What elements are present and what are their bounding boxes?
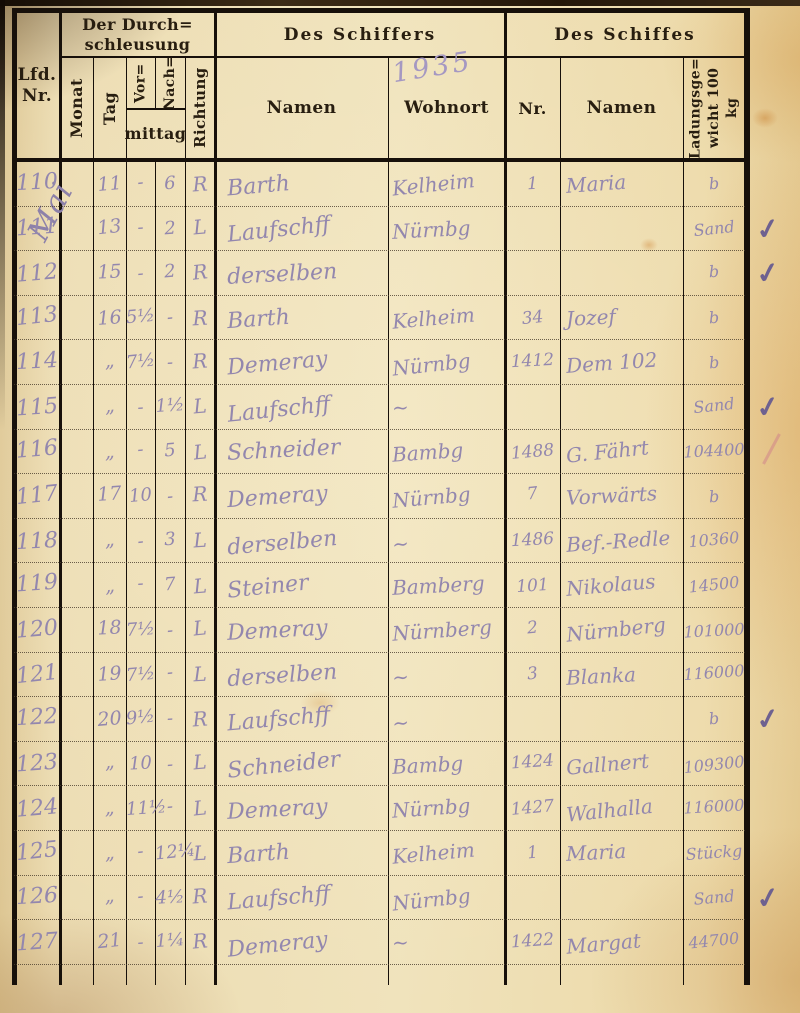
cell-monat xyxy=(60,538,93,540)
cell-richtung: R xyxy=(184,348,216,374)
cell-ladung: b xyxy=(682,260,745,282)
cell-nr: 125 xyxy=(13,836,61,866)
ladung-line1: Ladungsge= xyxy=(687,57,705,158)
header-lfd-nr: Lfd. Nr. xyxy=(14,14,60,158)
cell-nr: 118 xyxy=(13,527,60,554)
cell-schiff_nr: 7 xyxy=(504,482,561,508)
cell-schiffer: Barth xyxy=(214,833,388,870)
cell-vor: - xyxy=(125,170,156,194)
cell-ladung: 44700 xyxy=(682,928,746,953)
cell-schiff_name: Bef.-Redle xyxy=(559,525,683,558)
table-row: 125„-12¼LBarthKelheim1MariaStückg xyxy=(14,830,745,876)
cell-nach: - xyxy=(154,484,186,508)
cell-nr: 122 xyxy=(13,704,60,731)
cell-monat xyxy=(60,449,93,452)
cell-nr: 116 xyxy=(13,435,61,464)
cell-monat xyxy=(60,496,93,498)
header-nachmittag: Nach= xyxy=(155,58,185,108)
cell-schiff_nr: 1424 xyxy=(504,750,560,774)
cell-nr: 127 xyxy=(13,928,61,956)
cell-schiff_nr: 3 xyxy=(504,661,561,687)
table-row: 11011-6RBarthKelheim1Mariab xyxy=(14,161,745,207)
table-row: 11113-2LLaufschffNürnbgSand xyxy=(14,206,745,252)
cell-tag: 16 xyxy=(92,306,126,330)
table-row: 126„-4½RLaufschffNürnbgSand xyxy=(14,875,745,921)
cell-monat xyxy=(60,763,93,766)
cell-wohnort: Nürnberg xyxy=(387,614,505,646)
table-row: 113165½-RBarthKelheim34Jozefb xyxy=(14,295,745,341)
table-row: 116„-5LSchneiderBambg1488G. Fährt104400 xyxy=(14,429,745,475)
cell-tag: „ xyxy=(92,841,126,865)
cell-vor: 7½ xyxy=(125,663,156,686)
header-lfd-line2: Nr. xyxy=(18,86,57,107)
cell-nach: 5 xyxy=(154,439,186,463)
cell-tag: „ xyxy=(92,394,127,419)
cell-schiff_name: Gallnert xyxy=(559,746,684,781)
table-row: 11215-2Rderselbenb xyxy=(14,250,745,296)
cell-schiffer: Barth xyxy=(214,162,389,202)
cell-schiff_name: Maria xyxy=(559,166,683,199)
cell-monat xyxy=(60,316,93,318)
cell-richtung: L xyxy=(184,661,215,687)
cell-richtung: L xyxy=(184,794,216,821)
cell-tag: „ xyxy=(92,796,126,820)
table-border-top xyxy=(12,8,750,13)
cell-schiff_nr: 1422 xyxy=(504,930,560,954)
cell-monat xyxy=(60,362,93,364)
cell-tag: „ xyxy=(92,528,127,553)
cell-schiff_name xyxy=(560,402,683,413)
cell-vor: 7½ xyxy=(125,618,155,641)
cell-schiff_name: Margat xyxy=(559,925,684,960)
header-ladungsgewicht: Ladungsge= wicht 100 kg xyxy=(683,58,745,158)
cell-nach: - xyxy=(154,305,186,329)
cell-vor: - xyxy=(125,572,155,594)
cell-wohnort: Nürnbg xyxy=(387,791,505,823)
cell-nr: 112 xyxy=(13,259,61,288)
cell-ladung: b xyxy=(682,485,745,508)
cell-vor: - xyxy=(125,529,156,553)
cell-tag: 13 xyxy=(92,214,127,239)
cell-monat xyxy=(60,717,93,719)
cell-schiff_nr: 2 xyxy=(504,616,561,641)
cell-schiffer: Demeray xyxy=(215,792,389,826)
cell-schiff_nr xyxy=(505,270,560,275)
scan-edge-left xyxy=(0,0,5,430)
cell-wohnort: ~ xyxy=(387,390,505,420)
cell-schiffer: Schneider xyxy=(214,433,388,467)
cell-wohnort: ~ xyxy=(387,925,505,955)
cell-vor: - xyxy=(125,438,155,461)
cell-schiff_nr: 1 xyxy=(505,173,561,196)
header-group-schiffes: Des Schiffes xyxy=(505,14,745,56)
cell-nr: 121 xyxy=(13,660,61,690)
cell-vor: 5½ xyxy=(125,304,156,327)
cell-ladung: 10360 xyxy=(682,527,745,551)
cell-nach: 3 xyxy=(154,528,185,551)
cell-ladung: Sand xyxy=(682,886,745,910)
cell-richtung: L xyxy=(184,527,216,553)
cell-richtung: L xyxy=(184,393,216,420)
cell-schiff_name xyxy=(560,893,683,902)
cell-wohnort: Nürnbg xyxy=(388,214,506,244)
cell-tag: „ xyxy=(92,883,127,908)
cell-monat xyxy=(60,939,93,942)
cell-nach: - xyxy=(154,619,186,643)
cell-schiff_nr xyxy=(505,894,560,897)
cell-schiffer: Demeray xyxy=(214,921,389,964)
cell-nach: 7 xyxy=(154,573,185,596)
cell-ladung: 109300 xyxy=(682,751,746,776)
group-durchschleusung-line1: Der Durch= xyxy=(82,15,193,35)
cell-nach: 6 xyxy=(154,172,185,195)
check-mark: ✓ xyxy=(753,698,798,737)
cell-monat xyxy=(60,629,93,632)
pencil-slash-mark xyxy=(762,433,781,464)
cell-ladung: b xyxy=(682,351,745,375)
header-monat: Monat xyxy=(60,58,93,158)
header-vormittag: Vor= xyxy=(126,58,155,108)
cell-wohnort: Nürnbg xyxy=(387,479,506,513)
cell-monat xyxy=(60,227,93,230)
cell-ladung: Stückg xyxy=(682,841,745,864)
cell-nr: 120 xyxy=(13,615,61,644)
cell-schiffer: Laufschff xyxy=(214,877,389,917)
cell-schiff_name xyxy=(560,713,683,722)
cell-tag: 15 xyxy=(92,261,126,285)
check-mark: ✓ xyxy=(753,386,798,425)
table-row: 115„-1½LLaufschff~Sand xyxy=(14,384,745,430)
cell-wohnort: Bambg xyxy=(387,435,505,467)
cell-nr: 126 xyxy=(13,883,60,910)
table-row: 123„10-LSchneiderBambg1424Gallnert109300 xyxy=(14,741,745,787)
cell-richtung: L xyxy=(184,438,216,465)
cell-nr: 111 xyxy=(13,214,61,242)
cell-monat xyxy=(60,897,93,899)
table-row: 119„-7LSteinerBamberg101Nikolaus14500 xyxy=(14,562,745,608)
cell-schiff_name: Nürnberg xyxy=(559,611,684,648)
cell-schiffer: derselben xyxy=(214,521,389,561)
cell-schiff_nr: 1488 xyxy=(504,440,561,465)
cell-tag: „ xyxy=(92,440,126,464)
cell-schiff_nr: 1486 xyxy=(505,529,561,552)
cell-schiffer: Schneider xyxy=(214,742,389,785)
cell-schiff_name: Nikolaus xyxy=(559,566,684,601)
cell-ladung: b xyxy=(682,706,745,730)
cell-schiff_name: G. Fährt xyxy=(559,432,684,469)
cell-monat xyxy=(60,672,93,674)
cell-ladung: Sand xyxy=(682,216,746,241)
cell-vor: - xyxy=(125,262,155,285)
cell-ladung: 116000 xyxy=(682,796,745,818)
cell-tag: 11 xyxy=(92,172,127,197)
cell-schiff_name: Dem 102 xyxy=(559,345,683,378)
cell-nach: 2 xyxy=(154,260,186,284)
check-mark: ✓ xyxy=(753,876,798,915)
cell-nach: 1¼ xyxy=(154,929,185,952)
cell-wohnort: Nürnbg xyxy=(387,880,506,916)
ledger-page: Lfd. Nr. Der Durch= schleusung Monat Tag… xyxy=(0,0,800,1013)
cell-nach: 2 xyxy=(154,217,185,240)
cell-richtung: L xyxy=(184,615,216,642)
cell-richtung: R xyxy=(184,305,215,331)
cell-schiffer: Demeray xyxy=(214,477,388,514)
cell-wohnort: ~ xyxy=(387,521,506,557)
cell-schiff_name: Jozef xyxy=(559,301,683,331)
cell-monat xyxy=(60,805,93,808)
cell-richtung: L xyxy=(184,841,215,867)
cell-ladung: 14500 xyxy=(682,572,746,597)
header-richtung: Richtung xyxy=(185,58,215,158)
table-row: 114„7½-RDemerayNürnbg1412Dem 102b xyxy=(14,339,745,385)
cell-richtung: R xyxy=(184,706,216,732)
check-mark: ✓ xyxy=(753,252,798,291)
cell-schiffer: derselben xyxy=(215,256,389,290)
cell-schiff_name xyxy=(560,267,682,280)
cell-wohnort: Bamberg xyxy=(387,570,505,600)
cell-nr: 114 xyxy=(13,348,60,375)
cell-tag: 21 xyxy=(92,929,127,954)
cell-wohnort: Kelheim xyxy=(387,300,506,334)
cell-schiff_nr: 1412 xyxy=(504,349,560,372)
cell-vor: 10 xyxy=(125,752,155,774)
cell-schiff_nr xyxy=(505,225,560,229)
cell-richtung: R xyxy=(184,883,216,909)
header-group-durchschleusung: Der Durch= schleusung xyxy=(60,14,215,56)
cell-richtung: R xyxy=(184,171,216,197)
cell-richtung: R xyxy=(184,259,216,286)
table-row: 124„11½-LDemerayNürnbg1427Walhalla116000 xyxy=(14,785,745,831)
cell-monat xyxy=(60,583,93,586)
cell-schiff_name: Vorwärts xyxy=(559,480,683,510)
cell-monat xyxy=(60,182,93,184)
cell-schiff_name xyxy=(560,223,683,234)
cell-nr: 123 xyxy=(13,749,61,777)
cell-nach: - xyxy=(155,351,186,374)
cell-ladung: Sand xyxy=(682,393,746,418)
cell-nach: - xyxy=(154,795,186,819)
cell-vor: 11½ xyxy=(125,797,155,820)
header-mittag: mittag xyxy=(126,108,185,158)
cell-schiff_name: Blanka xyxy=(560,660,684,690)
cell-schiff_name: Walhalla xyxy=(559,790,684,827)
cell-schiffer: Laufschff xyxy=(214,386,389,429)
check-mark: ✓ xyxy=(753,207,798,246)
cell-schiffer: Laufschff xyxy=(214,206,389,249)
cell-schiffer: derselben xyxy=(214,656,388,693)
cell-wohnort: Nürnbg xyxy=(387,345,506,381)
cell-nach: - xyxy=(154,753,185,776)
cell-schiffer: Demeray xyxy=(214,612,388,646)
cell-monat xyxy=(60,404,93,407)
table-row: 122209½-RLaufschff~b xyxy=(14,696,745,742)
cell-nach: 4½ xyxy=(155,887,186,910)
cell-schiffer: Demeray xyxy=(214,342,389,382)
cell-vor: - xyxy=(126,396,156,418)
cell-wohnort: Kelheim xyxy=(387,835,506,869)
cell-vor: - xyxy=(125,840,156,863)
cell-richtung: L xyxy=(184,749,216,776)
table-row: 118„-3Lderselben~1486Bef.-Redle10360 xyxy=(14,518,745,564)
cell-tag: 20 xyxy=(92,707,127,732)
cell-schiff_nr xyxy=(505,718,560,721)
cell-vor: - xyxy=(126,931,156,953)
cell-tag: 19 xyxy=(92,662,126,686)
cell-monat xyxy=(60,270,93,273)
cell-schiffer: Barth xyxy=(214,298,388,335)
cell-tag: „ xyxy=(92,348,127,373)
group-durchschleusung-line2: schleusung xyxy=(82,35,193,55)
header-tag: Tag xyxy=(93,58,126,158)
cell-ladung: b xyxy=(682,171,745,195)
cell-schiff_name: Maria xyxy=(559,836,683,866)
cell-schiff_nr: 101 xyxy=(504,574,560,598)
table-row: 12721-1¼RDemeray~1422Margat44700 xyxy=(14,919,745,965)
cell-tag: „ xyxy=(92,573,127,598)
cell-vor: 9½ xyxy=(125,706,156,730)
table-row: 1171710-RDemerayNürnbg7Vorwärtsb xyxy=(14,473,745,519)
cell-vor: - xyxy=(125,217,155,239)
cell-vor: 10 xyxy=(125,484,156,507)
cell-richtung: R xyxy=(184,482,215,508)
cell-nr: 115 xyxy=(13,393,61,421)
ladung-line2: wicht 100 kg xyxy=(705,57,741,158)
cell-schiffer: Laufschff xyxy=(214,697,389,737)
cell-richtung: R xyxy=(184,928,216,955)
paper-stain xyxy=(752,108,778,128)
cell-ladung: b xyxy=(682,305,745,328)
cell-schiff_nr: 1 xyxy=(504,840,561,866)
cell-schiff_nr: 1427 xyxy=(504,795,561,820)
cell-nr: 117 xyxy=(13,481,61,511)
header-schiffer-namen: Namen xyxy=(215,58,388,158)
cell-tag: 18 xyxy=(92,616,126,640)
header-schiff-namen: Namen xyxy=(560,58,683,158)
header-lfd-line1: Lfd. xyxy=(18,65,57,86)
cell-vor: 7½ xyxy=(125,350,156,374)
cell-schiffer: Steiner xyxy=(214,562,389,605)
cell-vor: - xyxy=(125,885,156,909)
cell-wohnort: Bambg xyxy=(388,749,506,779)
cell-nr: 119 xyxy=(13,570,61,598)
cell-nach: - xyxy=(154,707,185,730)
table-row: 121197½-Lderselben~3Blanka116000 xyxy=(14,652,745,698)
cell-tag: 17 xyxy=(92,482,126,506)
scan-edge-top xyxy=(0,0,800,6)
cell-wohnort: ~ xyxy=(387,700,506,736)
cell-richtung: L xyxy=(184,572,216,599)
cell-wohnort xyxy=(388,267,505,275)
cell-nach: 12¼ xyxy=(154,840,186,864)
cell-nr: 124 xyxy=(13,794,61,823)
cell-wohnort: Kelheim xyxy=(387,165,506,201)
cell-richtung: L xyxy=(184,214,216,241)
cell-ladung: 116000 xyxy=(682,661,745,684)
header-schiff-nr: Nr. xyxy=(505,58,560,158)
cell-schiff_nr: 34 xyxy=(504,305,561,331)
cell-schiff_nr xyxy=(505,404,560,408)
cell-tag: „ xyxy=(92,749,127,774)
cell-ladung: 104400 xyxy=(683,440,746,462)
cell-nr: 110 xyxy=(13,169,60,196)
cell-nr: 113 xyxy=(13,301,61,331)
cell-nach: 1½ xyxy=(154,394,185,417)
cell-monat xyxy=(60,851,93,853)
cell-nach: - xyxy=(154,661,186,685)
cell-ladung: 101000 xyxy=(683,619,746,641)
cell-wohnort: ~ xyxy=(387,656,506,690)
table-row: 120187½-LDemerayNürnberg2Nürnberg101000 xyxy=(14,607,745,653)
